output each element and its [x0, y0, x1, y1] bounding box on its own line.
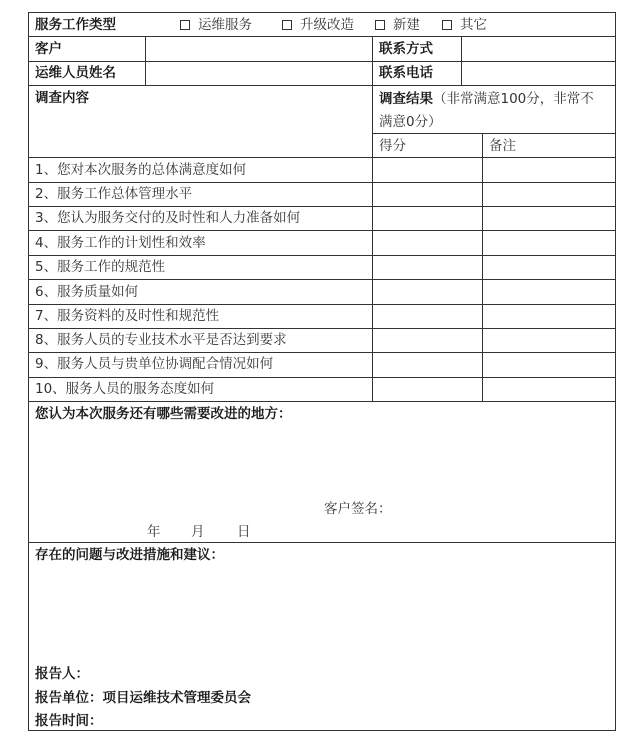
report-unit: 报告单位：项目运维技术管理委员会: [35, 689, 251, 707]
issues-field[interactable]: [33, 567, 611, 663]
report-unit-label: 报告单位：: [35, 690, 103, 706]
improvement-field[interactable]: [33, 425, 611, 505]
option-label: 新建: [393, 17, 420, 33]
option-upgrade[interactable]: 升级改造: [282, 16, 354, 34]
divider: [29, 401, 615, 402]
checkbox-icon[interactable]: [375, 20, 385, 30]
survey-result-note: （非常满意100分，非常不: [433, 91, 594, 107]
contact-phone-field[interactable]: [463, 62, 613, 85]
score-header: 得分: [379, 137, 406, 155]
survey-question: 7、服务资料的及时性和规范性: [35, 307, 219, 325]
survey-question: 9、服务人员与贵单位协调配合情况如何: [35, 355, 273, 373]
checkbox-icon[interactable]: [282, 20, 292, 30]
survey-result-note-cont: 满意0分）: [379, 113, 442, 131]
checkbox-icon[interactable]: [180, 20, 190, 30]
option-label: 运维服务: [198, 17, 252, 33]
date-day: 日: [237, 523, 251, 541]
score-column-inputs[interactable]: [374, 158, 481, 401]
customer-field[interactable]: [147, 37, 373, 60]
divider: [145, 36, 146, 86]
survey-question: 6、服务质量如何: [35, 283, 138, 301]
improvement-label: 您认为本次服务还有哪些需要改进的地方：: [35, 405, 292, 423]
divider: [482, 133, 483, 402]
divider: [29, 85, 615, 86]
contact-method-field[interactable]: [463, 37, 613, 60]
date-month: 月: [191, 523, 205, 541]
report-time-label: 报告时间：: [35, 712, 103, 730]
contact-phone-label: 联系电话: [379, 64, 433, 82]
remark-header: 备注: [489, 137, 516, 155]
survey-question: 1、您对本次服务的总体满意度如何: [35, 161, 246, 179]
date-year: 年: [147, 523, 161, 541]
checkbox-icon[interactable]: [442, 20, 452, 30]
option-maintenance[interactable]: 运维服务: [180, 16, 252, 34]
option-label: 升级改造: [300, 17, 354, 33]
report-unit-value: 项目运维技术管理委员会: [103, 690, 252, 706]
survey-question: 10、服务人员的服务态度如何: [35, 380, 214, 398]
divider: [29, 542, 615, 543]
staff-name-field[interactable]: [147, 62, 373, 85]
option-other[interactable]: 其它: [442, 16, 487, 34]
option-new-build[interactable]: 新建: [375, 16, 420, 34]
customer-label: 客户: [35, 40, 62, 58]
staff-name-label: 运维人员姓名: [35, 64, 116, 82]
service-survey-form: 服务工作类型 运维服务 升级改造 新建 其它 客户 联系方式 运维人员姓名 联系…: [28, 12, 616, 731]
customer-signature-label: 客户签名：: [324, 500, 392, 518]
reporter-label: 报告人：: [35, 665, 89, 683]
survey-question: 3、您认为服务交付的及时性和人力准备如何: [35, 209, 300, 227]
survey-result-label: 调查结果: [379, 91, 433, 107]
divider: [461, 36, 462, 86]
contact-method-label: 联系方式: [379, 40, 433, 58]
service-type-label: 服务工作类型: [35, 16, 116, 34]
remark-column-inputs[interactable]: [484, 158, 614, 401]
survey-result-header: 调查结果（非常满意100分，非常不: [379, 90, 594, 108]
option-label: 其它: [460, 17, 487, 33]
issues-label: 存在的问题与改进措施和建议：: [35, 546, 224, 564]
survey-question: 5、服务工作的规范性: [35, 258, 165, 276]
survey-question: 8、服务人员的专业技术水平是否达到要求: [35, 331, 287, 349]
divider: [372, 36, 373, 402]
divider: [372, 133, 615, 134]
survey-content-label: 调查内容: [35, 89, 89, 107]
survey-question: 2、服务工作总体管理水平: [35, 185, 192, 203]
survey-question: 4、服务工作的计划性和效率: [35, 234, 206, 252]
